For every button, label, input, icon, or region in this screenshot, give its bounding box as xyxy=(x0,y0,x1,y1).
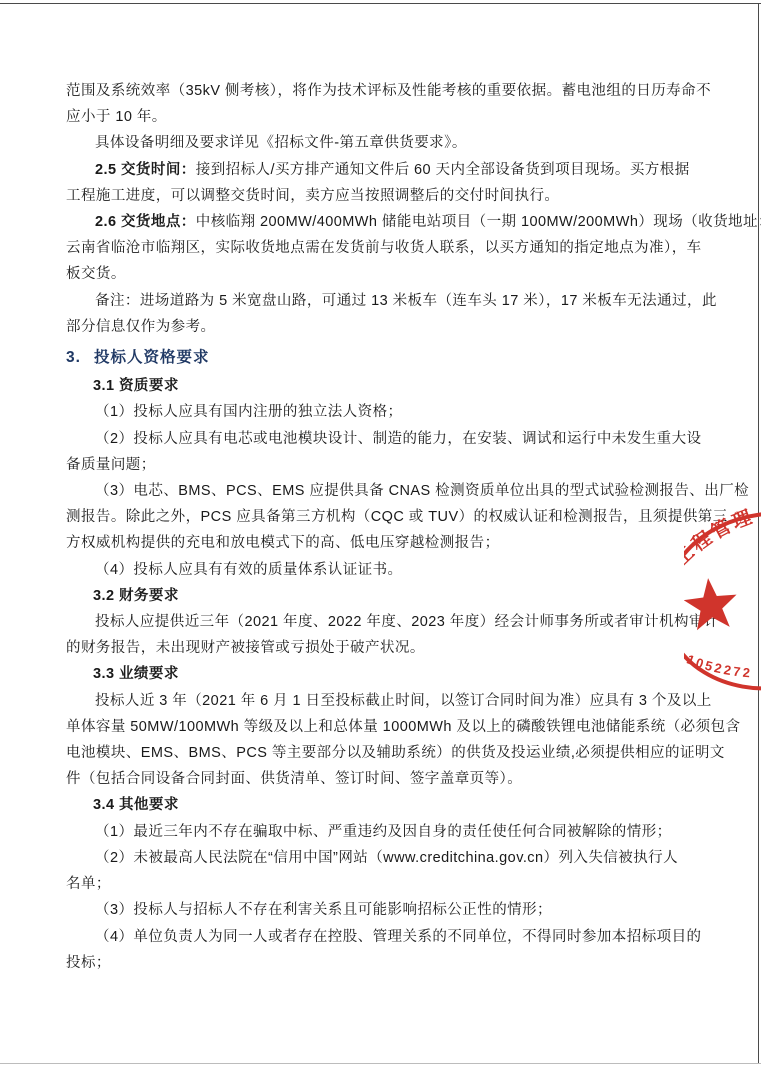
doc-line: 投标人近 3 年（2021 年 6 月 1 日至投标截止时间，以签订合同时间为准… xyxy=(66,688,706,714)
doc-line: 2.5 交货时间：接到招标人/买方排产通知文件后 60 天内全部设备货到项目现场… xyxy=(66,157,706,183)
text-segment: 投标人资格要求 xyxy=(94,349,210,366)
doc-line: （1）最近三年内不存在骗取中标、严重违约及因自身的责任使任何合同被解除的情形； xyxy=(66,819,706,845)
doc-line: 单体容量 50MW/100MWh 等级及以上和总体量 1000MWh 及以上的磷… xyxy=(66,714,706,740)
doc-line: 的财务报告，未出现财产被接管或亏损处于破产状况。 xyxy=(66,635,706,661)
doc-line: （2）投标人应具有电芯或电池模块设计、制造的能力，在安装、调试和运行中未发生重大… xyxy=(66,426,706,452)
text-segment: （3）电芯、BMS、PCS、EMS 应提供具备 CNAS 检测资质单位出具的型式… xyxy=(95,483,749,499)
page-border-right xyxy=(758,3,759,1063)
section-heading: 3.投标人资格要求 xyxy=(66,345,706,371)
text-segment: 工程施工进度，可以调整交货时间，卖方应当按照调整后的交付时间执行。 xyxy=(66,188,559,204)
document-page: 范围及系统效率（35kV 侧考核），将作为技术评标及性能考核的重要依据。蓄电池组… xyxy=(0,0,761,1066)
page-border-bottom xyxy=(0,1063,761,1064)
subsection-heading: 3.3 业绩要求 xyxy=(66,661,706,687)
text-segment: 云南省临沧市临翔区，实际收货地点需在发货前与收货人联系，以买方通知的指定地点为准… xyxy=(66,240,702,256)
text-segment: 投标人应提供近三年（2021 年度、2022 年度、2023 年度）经会计师事务… xyxy=(95,614,719,630)
doc-line: 板交货。 xyxy=(66,261,706,287)
text-segment: 部分信息仅作为参考。 xyxy=(66,319,216,335)
text-segment: （1）最近三年内不存在骗取中标、严重违约及因自身的责任使任何合同被解除的情形； xyxy=(95,824,672,840)
doc-line: （2）未被最高人民法院在“信用中国”网站（www.creditchina.gov… xyxy=(66,845,706,871)
page-border-top xyxy=(0,3,761,4)
text-segment: 单体容量 50MW/100MWh 等级及以上和总体量 1000MWh 及以上的磷… xyxy=(66,719,740,735)
doc-line: 部分信息仅作为参考。 xyxy=(66,314,706,340)
text-segment: 3.3 业绩要求 xyxy=(93,666,179,682)
text-segment: 板交货。 xyxy=(66,266,126,282)
text-segment: 接到招标人/买方排产通知文件后 60 天内全部设备货到项目现场。买方根据 xyxy=(196,162,690,178)
doc-line: （3）投标人与招标人不存在利害关系且可能影响招标公正性的情形； xyxy=(66,897,706,923)
doc-line: （3）电芯、BMS、PCS、EMS 应提供具备 CNAS 检测资质单位出具的型式… xyxy=(66,478,706,504)
doc-line: 备注：进场道路为 5 米宽盘山路，可通过 13 米板车（连车头 17 米），17… xyxy=(66,288,706,314)
text-segment: 名单； xyxy=(66,876,111,892)
doc-line: 范围及系统效率（35kV 侧考核），将作为技术评标及性能考核的重要依据。蓄电池组… xyxy=(66,78,706,104)
doc-line: 名单； xyxy=(66,871,706,897)
doc-line: （4）投标人应具有有效的质量体系认证证书。 xyxy=(66,557,706,583)
text-segment: 件（包括合同设备合同封面、供货清单、签订时间、签字盖章页等）。 xyxy=(66,771,522,787)
doc-line: 电池模块、EMS、BMS、PCS 等主要部分以及辅助系统）的供货及投运业绩,必须… xyxy=(66,740,706,766)
text-segment: 的财务报告，未出现财产被接管或亏损处于破产状况。 xyxy=(66,640,425,656)
text-segment: 具体设备明细及要求详见《招标文件-第五章供货要求》。 xyxy=(95,135,467,151)
doc-line: 备质量问题； xyxy=(66,452,706,478)
subsection-heading: 3.4 其他要求 xyxy=(66,792,706,818)
text-segment: 3. xyxy=(66,349,81,366)
doc-line: （1）投标人应具有国内注册的独立法人资格； xyxy=(66,399,706,425)
text-segment: 电池模块、EMS、BMS、PCS 等主要部分以及辅助系统）的供货及投运业绩,必须… xyxy=(66,745,725,761)
text-segment: 3.4 其他要求 xyxy=(93,797,179,813)
text-segment: （4）投标人应具有有效的质量体系认证证书。 xyxy=(95,562,403,578)
doc-line: 投标； xyxy=(66,950,706,976)
text-segment: （2）投标人应具有电芯或电池模块设计、制造的能力，在安装、调试和运行中未发生重大… xyxy=(95,431,702,447)
doc-line: （4）单位负责人为同一人或者存在控股、管理关系的不同单位，不得同时参加本招标项目… xyxy=(66,924,706,950)
text-segment: 备注：进场道路为 5 米宽盘山路，可通过 13 米板车（连车头 17 米），17… xyxy=(95,293,717,309)
document-content: 范围及系统效率（35kV 侧考核），将作为技术评标及性能考核的重要依据。蓄电池组… xyxy=(66,78,706,976)
text-segment: 投标人近 3 年（2021 年 6 月 1 日至投标截止时间，以签订合同时间为准… xyxy=(95,693,712,709)
doc-line: 件（包括合同设备合同封面、供货清单、签订时间、签字盖章页等）。 xyxy=(66,766,706,792)
text-segment: （1）投标人应具有国内注册的独立法人资格； xyxy=(95,404,403,420)
doc-line: 测报告。除此之外，PCS 应具备第三方机构（CQC 或 TUV）的权威认证和检测… xyxy=(66,504,706,530)
text-segment: 2.6 交货地点： xyxy=(95,214,196,230)
subsection-heading: 3.2 财务要求 xyxy=(66,583,706,609)
text-segment: 2.5 交货时间： xyxy=(95,162,196,178)
text-segment: 备质量问题； xyxy=(66,457,156,473)
subsection-heading: 3.1 资质要求 xyxy=(66,373,706,399)
text-segment: （2）未被最高人民法院在“信用中国”网站（www.creditchina.gov… xyxy=(95,850,678,866)
text-segment: （4）单位负责人为同一人或者存在控股、管理关系的不同单位，不得同时参加本招标项目… xyxy=(95,929,702,945)
doc-line: 投标人应提供近三年（2021 年度、2022 年度、2023 年度）经会计师事务… xyxy=(66,609,706,635)
text-segment: 3.1 资质要求 xyxy=(93,378,179,394)
text-segment: 应小于 10 年。 xyxy=(66,109,167,125)
doc-line: 具体设备明细及要求详见《招标文件-第五章供货要求》。 xyxy=(66,130,706,156)
text-segment: 中核临翔 200MW/400MWh 储能电站项目（一期 100MW/200MWh… xyxy=(196,214,761,230)
doc-line: 应小于 10 年。 xyxy=(66,104,706,130)
doc-line: 方权威机构提供的充电和放电模式下的高、低电压穿越检测报告； xyxy=(66,530,706,556)
doc-line: 工程施工进度，可以调整交货时间，卖方应当按照调整后的交付时间执行。 xyxy=(66,183,706,209)
text-segment: 方权威机构提供的充电和放电模式下的高、低电压穿越检测报告； xyxy=(66,535,500,551)
text-segment: （3）投标人与招标人不存在利害关系且可能影响招标公正性的情形； xyxy=(95,902,552,918)
text-segment: 范围及系统效率（35kV 侧考核），将作为技术评标及性能考核的重要依据。蓄电池组… xyxy=(66,83,711,99)
text-segment: 测报告。除此之外，PCS 应具备第三方机构（CQC 或 TUV）的权威认证和检测… xyxy=(66,509,728,525)
text-segment: 3.2 财务要求 xyxy=(93,588,179,604)
doc-line: 云南省临沧市临翔区，实际收货地点需在发货前与收货人联系，以买方通知的指定地点为准… xyxy=(66,235,706,261)
doc-line: 2.6 交货地点：中核临翔 200MW/400MWh 储能电站项目（一期 100… xyxy=(66,209,706,235)
text-segment: 投标； xyxy=(66,955,111,971)
